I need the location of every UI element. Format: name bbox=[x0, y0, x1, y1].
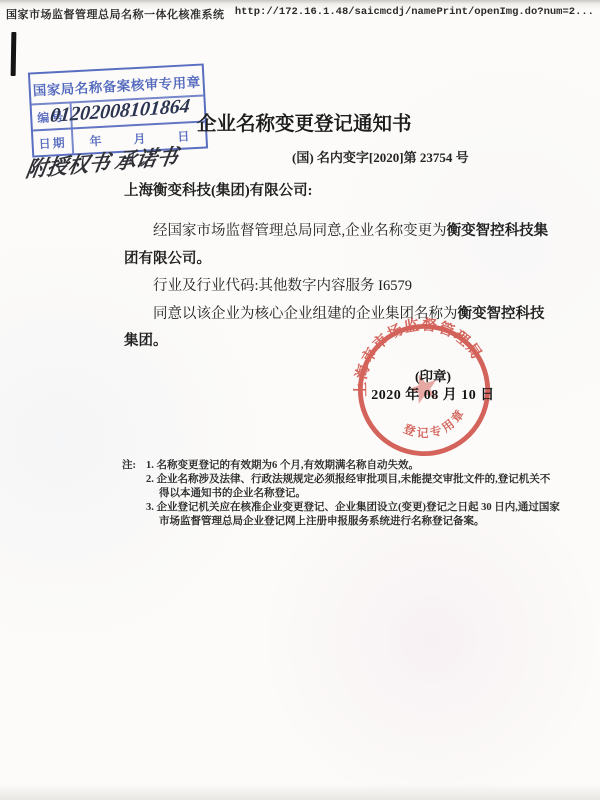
seal-printed-text: (印章) 2020 年 08 月 10 日 bbox=[353, 367, 513, 405]
print-header: 国家市场监督管理总局名称一体化核准系统 http://172.16.1.48/s… bbox=[0, 6, 600, 22]
footnotes-items: 1. 名称变更登记的有效期为6 个月,有效期满名称自动失效。 2. 企业名称涉及… bbox=[146, 459, 560, 529]
document-number: (国) 名内变字[2020]第 23754 号 bbox=[292, 147, 469, 166]
print-url: http://172.16.1.48/saicmcdj/namePrint/op… bbox=[235, 6, 594, 22]
seal-date: 2020 年 08 月 10 日 bbox=[353, 386, 513, 405]
seal-label: (印章) bbox=[353, 367, 513, 386]
paragraph-industry-code: 行业及行业代码:其他数字内容服务 I6579 bbox=[124, 273, 556, 301]
footnotes: 注: 1. 名称变更登记的有效期为6 个月,有效期满名称自动失效。 2. 企业名… bbox=[122, 459, 560, 529]
footnotes-label: 注: bbox=[122, 459, 146, 529]
document-title: 企业名称变更登记通知书 bbox=[197, 108, 412, 136]
para1-period: 。 bbox=[197, 251, 212, 267]
footnote-1: 1. 名称变更登记的有效期为6 个月,有效期满名称自动失效。 bbox=[146, 459, 560, 473]
paragraph-name-change: 经国家市场监督管理总局同意,企业名称变更为衡变智控科技集团有限公司。 bbox=[124, 218, 556, 273]
footnote-3: 3. 企业登记机关应在核准企业变更登记、企业集团设立(变更)登记之日起 30 日… bbox=[146, 501, 560, 529]
scan-registration-mark bbox=[11, 32, 17, 76]
system-name: 国家市场监督管理总局名称一体化核准系统 bbox=[6, 6, 225, 22]
recipient-line: 上海衡变科技(集团)有限公司: bbox=[124, 181, 556, 201]
footnote-2: 2. 企业名称涉及法律、行政法规规定必须报经审批项目,未能提交审批文件的,登记机… bbox=[146, 473, 560, 501]
para1-text: 经国家市场监督管理总局同意,企业名称变更为 bbox=[153, 223, 447, 239]
scanned-notice-page: { "print_header": { "system_name": "国家市场… bbox=[0, 0, 600, 800]
para3-period: 。 bbox=[153, 333, 168, 349]
